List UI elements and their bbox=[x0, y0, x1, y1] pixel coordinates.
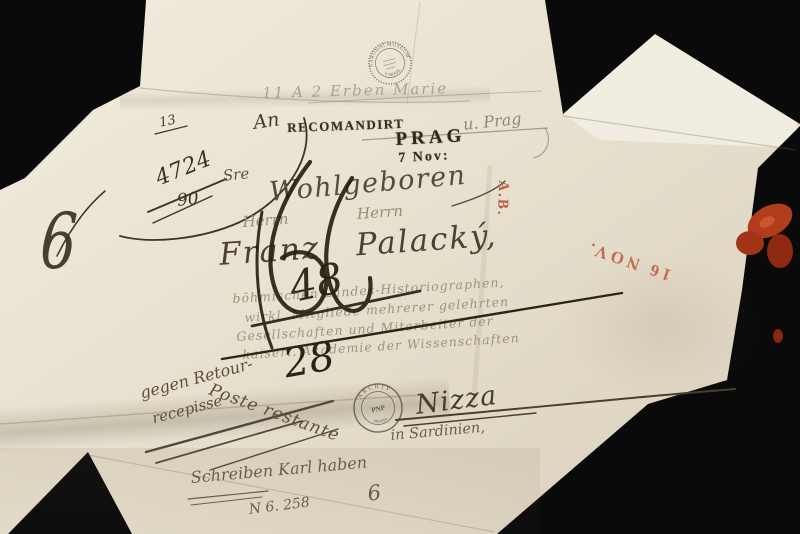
address-honorific-abbr: Sre bbox=[222, 164, 250, 185]
prag-postmark: PRAG bbox=[395, 125, 466, 151]
fee-number: 90 bbox=[176, 189, 200, 211]
red-ab-mark: A.B. bbox=[493, 180, 511, 217]
address-an: An bbox=[252, 108, 281, 133]
envelope-photo: NÁRODNÍ MUSEUM V PRAZE ARCHIV PNP PRAHA bbox=[0, 0, 800, 534]
big-pencil-six: 6 bbox=[38, 196, 80, 288]
postage-final-number: 28 bbox=[280, 333, 338, 387]
